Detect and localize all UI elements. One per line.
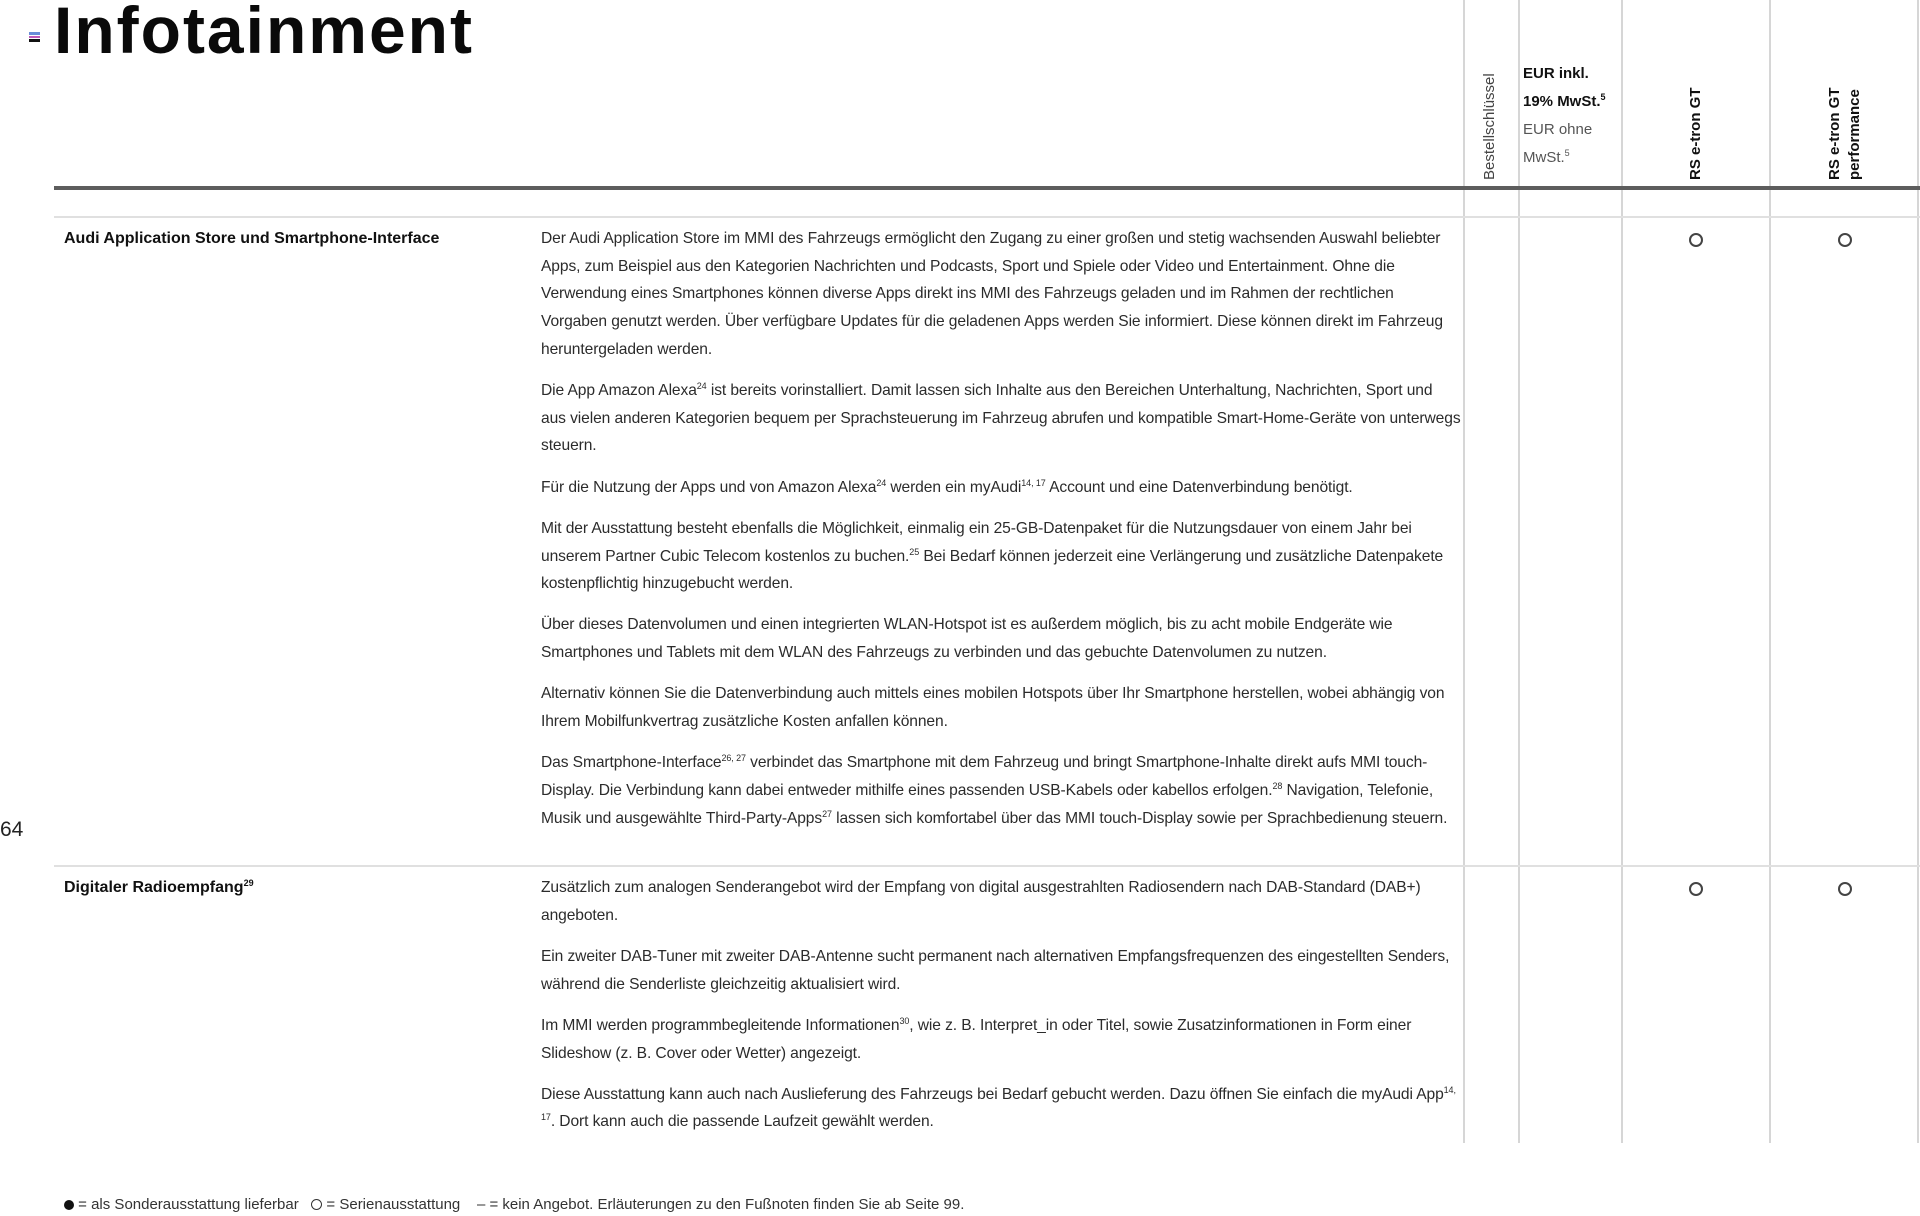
grid-line [1463, 0, 1465, 1143]
grid-line [1518, 0, 1520, 1143]
serial-equipment-icon [1689, 882, 1703, 896]
feature-label-digital-radio: Digitaler Radioempfang29 [64, 879, 254, 897]
row-divider [54, 216, 1920, 218]
feature-label-app-store: Audi Application Store und Smartphone-In… [64, 230, 439, 248]
serial-equipment-icon [1689, 233, 1703, 247]
description-paragraph: Zusätzlich zum analogen Senderangebot wi… [541, 874, 1461, 929]
description-paragraph: Das Smartphone-Interface26, 27 verbindet… [541, 749, 1461, 832]
column-header-rs-etron-gt: RS e-tron GT [1686, 88, 1706, 181]
optional-equipment-icon [64, 1200, 74, 1210]
description-paragraph: Im MMI werden programmbegleitende Inform… [541, 1012, 1461, 1067]
serial-equipment-icon [1838, 233, 1852, 247]
header-divider [54, 186, 1920, 190]
column-header-price: EUR inkl. 19% MwSt.5 EUR ohne MwSt.5 [1523, 60, 1623, 172]
price-excl-label: EUR ohne [1523, 116, 1623, 144]
price-incl-label: EUR inkl. [1523, 60, 1623, 88]
serial-equipment-icon [311, 1199, 322, 1210]
page-title: Infotainment [54, 0, 474, 70]
description-paragraph: Alternativ können Sie die Datenverbindun… [541, 680, 1461, 735]
column-header-order-key: Bestellschlüssel [1481, 73, 1498, 180]
serial-equipment-icon [1838, 882, 1852, 896]
description-paragraph: Mit der Ausstattung besteht ebenfalls di… [541, 515, 1461, 598]
description-paragraph: Diese Ausstattung kann auch nach Auslief… [541, 1081, 1461, 1136]
page-number: 64 [0, 818, 23, 842]
description-paragraph: Der Audi Application Store im MMI des Fa… [541, 225, 1461, 364]
grid-line [1621, 0, 1623, 1143]
feature-description-digital-radio: Zusätzlich zum analogen Senderangebot wi… [541, 874, 1461, 1150]
legend: = als Sonderausstattung lieferbar = Seri… [64, 1196, 964, 1213]
section-color-marker [29, 32, 40, 42]
description-paragraph: Für die Nutzung der Apps und von Amazon … [541, 474, 1461, 502]
column-header-rs-etron-gt-performance: RS e-tron GT performance [1825, 88, 1865, 181]
description-paragraph: Über dieses Datenvolumen und einen integ… [541, 611, 1461, 666]
feature-description-app-store: Der Audi Application Store im MMI des Fa… [541, 225, 1461, 846]
row-divider [54, 865, 1920, 867]
grid-line [1769, 0, 1771, 1143]
grid-line [1917, 0, 1919, 1143]
description-paragraph: Ein zweiter DAB-Tuner mit zweiter DAB-An… [541, 943, 1461, 998]
description-paragraph: Die App Amazon Alexa24 ist bereits vorin… [541, 377, 1461, 460]
